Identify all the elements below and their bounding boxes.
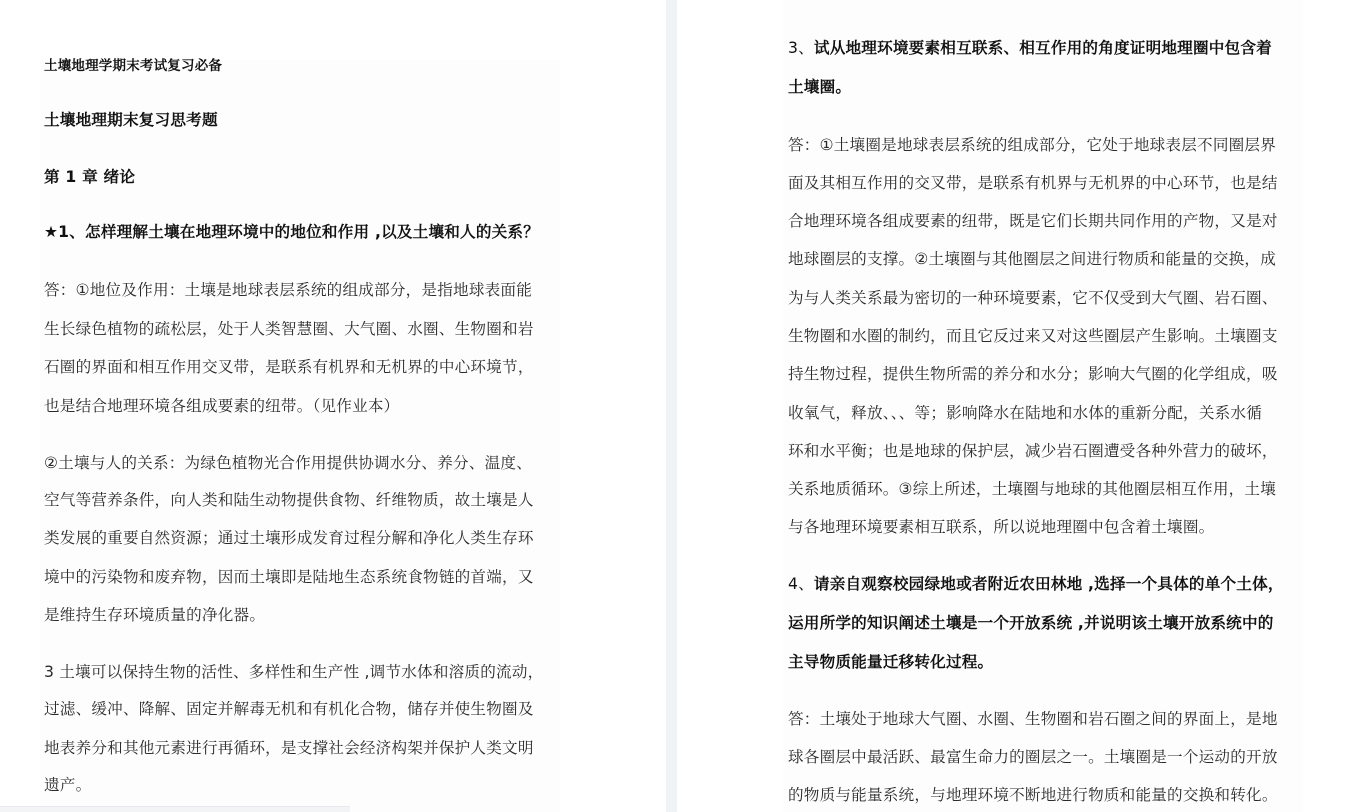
text-line: 面及其相互作用的交叉带，是联系有机界与无机界的中心环节，也是结 xyxy=(788,171,1278,193)
horizontal-scrollbar[interactable] xyxy=(0,806,350,812)
text-line: 主导物质能量迁移转化过程。 xyxy=(788,650,993,672)
text-line: 环和水平衡；也是地球的保护层，减少岩石圈遭受各种外营力的破坏， xyxy=(788,439,1278,461)
text-line: 与各地理环境要素相互联系，所以说地理圈中包含着土壤圈。 xyxy=(788,515,1214,537)
text-line: 为与人类关系最为密切的一种环境要素，它不仅受到大气圈、岩石圈、 xyxy=(788,286,1278,308)
document-subtitle: 土壤地理期末复习思考题 xyxy=(44,108,218,130)
text-line: 类发展的重要自然资源；通过土壤形成发育过程分解和净化人类生存环 xyxy=(44,526,534,548)
text-line: 地球圈层的支撑。②土壤圈与其他圈层之间进行物质和能量的交换，成 xyxy=(788,247,1276,269)
text-line: 答：①土壤圈是地球表层系统的组成部分，它处于地球表层不同圈层界 xyxy=(788,133,1276,155)
text-line: 是维持生存环境质量的净化器。 xyxy=(44,603,265,625)
text-line: 生长绿色植物的疏松层，处于人类智慧圈、大气圈、水圈、生物圈和岩 xyxy=(44,317,534,339)
text-line: 石圈的界面和相互作用交叉带，是联系有机界和无机界的中心环境节， xyxy=(44,355,534,377)
text-line: 持生物过程，提供生物所需的养分和水分；影响大气圈的化学组成，吸 xyxy=(788,362,1278,384)
text-line: 也是结合地理环境各组成要素的纽带。（见作业本） xyxy=(44,394,399,416)
text-line: 地表养分和其他元素进行再循环，是支撑社会经济构架并保护人类文明 xyxy=(44,736,534,758)
text-line: 的物质与能量系统，与地理环境不断地进行物质和能量的交换和转化。 xyxy=(788,783,1278,805)
text-line: 空气等营养条件，向人类和陆生动物提供食物、纤维物质，故土壤是人 xyxy=(44,488,534,510)
question-number: 4、 xyxy=(788,575,814,593)
text-line: 答：①地位及作用：土壤是地球表层系统的组成部分，是指地球表面能 xyxy=(44,278,532,300)
text-line: 4、请亲自观察校园绿地或者附近农田林地 ,选择一个具体的单个土体， xyxy=(788,572,1284,594)
text-line: 球各圈层中最活跃、最富生命力的圈层之一。土壤圈是一个运动的开放 xyxy=(788,745,1278,767)
text-line: 合地理环境各组成要素的纽带，既是它们长期共同作用的产物，又是对 xyxy=(788,209,1278,231)
text-line: 过滤、缓冲、降解、固定并解毒无机和有机化合物，储存并使生物圈及 xyxy=(44,697,534,719)
text-line: 收氧气，释放、、、等；影响降水在陆地和水体的重新分配，关系水循 xyxy=(788,401,1262,423)
question-text: 试从地理环境要素相互联系、相互作用的角度证明地理圈中包含着 xyxy=(814,39,1272,57)
text-line: 生物圈和水圈的制约，而且它反过来又对这些圈层产生影响。土壤圈支 xyxy=(788,324,1278,346)
document-page-right: 3、试从地理环境要素相互联系、相互作用的角度证明地理圈中包含着 土壤圈。 答：①… xyxy=(677,0,1355,812)
text-line: 3 土壤可以保持生物的活性、多样性和生产性 ,调节水体和溶质的流动， xyxy=(44,660,543,682)
document-title: 土壤地理学期末考试复习必备 xyxy=(44,54,222,74)
text-line: 境中的污染物和废弃物，因而土壤即是陆地生态系统食物链的首端，又 xyxy=(44,565,534,587)
question-1: ★1、怎样理解土壤在地理环境中的地位和作用 ,以及土壤和人的关系？ xyxy=(44,220,539,242)
text-line: ②土壤与人的关系：为绿色植物光合作用提供协调水分、养分、温度、 xyxy=(44,451,532,473)
chapter-heading: 第 1 章 绪论 xyxy=(44,165,135,187)
question-number: 3、 xyxy=(788,39,814,57)
text-line: 土壤圈。 xyxy=(788,75,851,97)
text-line: 答：土壤处于地球大气圈、水圈、生物圈和岩石圈之间的界面上，是地 xyxy=(788,707,1278,729)
text-line: 运用所学的知识阐述土壤是一个开放系统 ,并说明该土壤开放系统中的 xyxy=(788,611,1274,633)
text-line: 关系地质循环。③综上所述，土壤圈与地球的其他圈层相互作用，土壤 xyxy=(788,477,1276,499)
page-divider xyxy=(666,0,677,812)
document-page-left: 土壤地理学期末考试复习必备 土壤地理期末复习思考题 第 1 章 绪论 ★1、怎样… xyxy=(0,0,666,812)
text-line: 遗产。 xyxy=(44,773,91,795)
question-text: 请亲自观察校园绿地或者附近农田林地 ,选择一个具体的单个土体， xyxy=(814,575,1284,593)
text-line: 3、试从地理环境要素相互联系、相互作用的角度证明地理圈中包含着 xyxy=(788,36,1272,58)
